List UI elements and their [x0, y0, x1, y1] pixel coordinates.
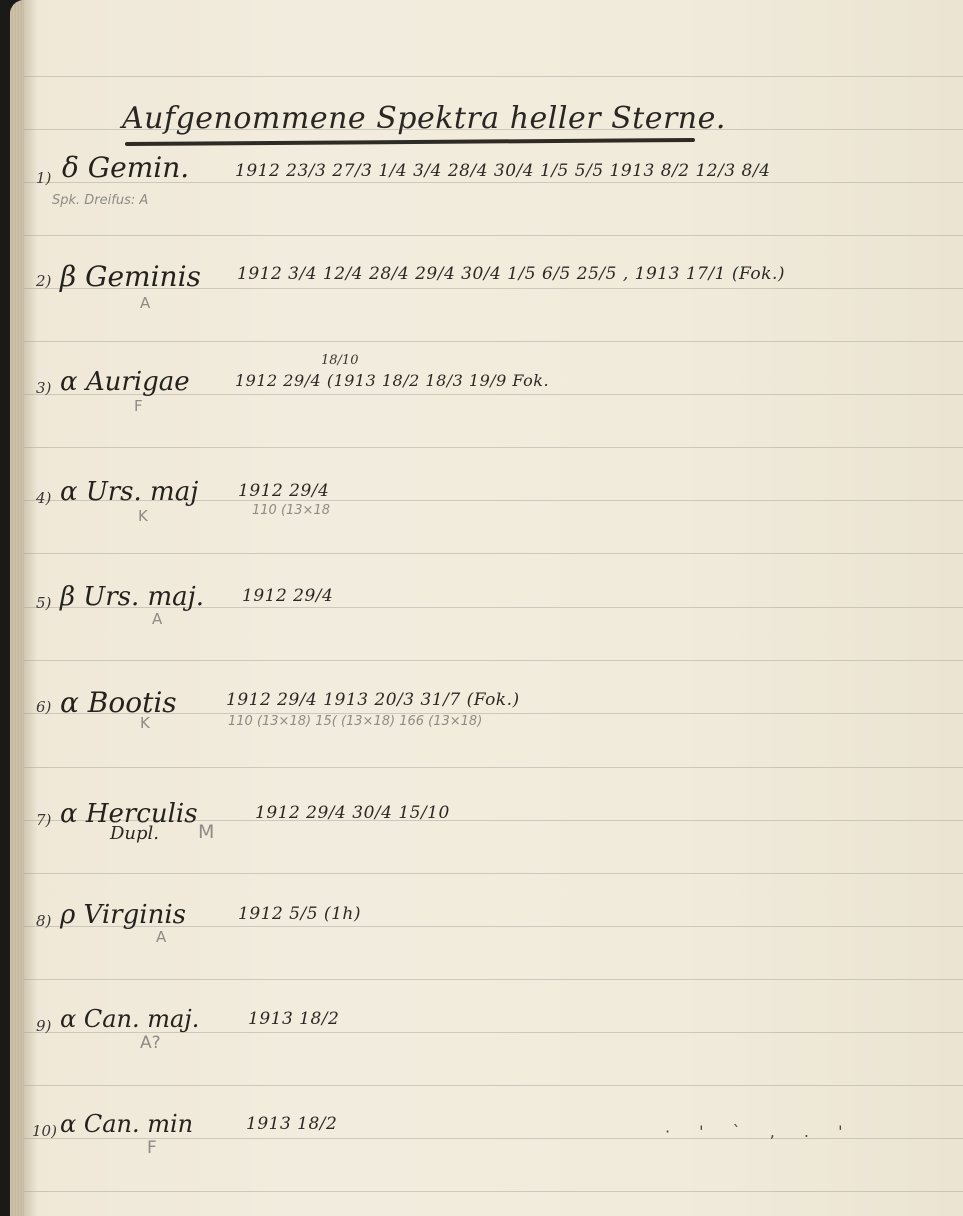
spectral-class-note: F [134, 397, 143, 415]
star-name: α Urs. maj [60, 477, 198, 507]
entry-number: 10) [32, 1122, 57, 1140]
observation-dates: 1913 18/2 [246, 1114, 337, 1134]
star-entry: 6) α Bootis 1912 29/4 1913 20/3 31/7 (Fo… [10, 684, 963, 744]
star-name: β Geminis [60, 260, 201, 293]
star-entry: 4) α Urs. maj 1912 29/4 K 110 (13×18 [10, 475, 963, 535]
title-underline [125, 138, 695, 146]
entry-number: 5) [36, 594, 51, 612]
ruled-line [24, 979, 963, 980]
star-name: α Bootis [60, 686, 177, 719]
entry-number: 7) [36, 811, 51, 829]
entry-number: 8) [36, 912, 51, 930]
observation-dates: 1912 23/3 27/3 1/4 3/4 28/4 30/4 1/5 5/5… [235, 161, 770, 181]
spectral-class-note: A [152, 610, 162, 628]
plate-detail-note: 110 (13×18) 15( (13×18) 166 (13×18) [228, 714, 482, 729]
observation-dates: 1912 29/4 30/4 15/10 [255, 803, 450, 823]
star-entry: 1) δ Gemin. 1912 23/3 27/3 1/4 3/4 28/4 … [10, 155, 963, 215]
entry-number: 4) [36, 489, 51, 507]
observation-dates: 1912 29/4 [242, 586, 333, 606]
star-name: α Aurigae [60, 367, 190, 397]
ruled-line [24, 447, 963, 448]
spectral-class-note: K [138, 507, 148, 525]
entry-number: 3) [36, 379, 51, 397]
observation-dates: 1913 18/2 [248, 1009, 339, 1029]
ink-specks: · ' ` , . ' [665, 1122, 854, 1141]
spectral-class-note: M [198, 821, 214, 843]
star-entry: 2) β Geminis 1912 3/4 12/4 28/4 29/4 30/… [10, 258, 963, 318]
ruled-line [24, 767, 963, 768]
ruled-line [24, 341, 963, 342]
star-name: β Urs. maj. [60, 582, 204, 612]
ruled-line [24, 553, 963, 554]
star-entry: 18/10 3) α Aurigae 1912 29/4 (1913 18/2 … [10, 365, 963, 425]
page-title: Aufgenommene Spektra heller Sterne. [122, 101, 726, 136]
ruled-line [24, 1085, 963, 1086]
star-entry: 8) ρ Virginis 1912 5/5 (1h) A [10, 898, 963, 958]
ruled-line [24, 873, 963, 874]
observation-dates: 1912 5/5 (1h) [238, 904, 361, 924]
star-entry: 9) α Can. maj. 1913 18/2 A? [10, 1003, 963, 1063]
ruled-line [24, 1191, 963, 1192]
star-name: δ Gemin. [62, 151, 189, 184]
plate-detail-note: 110 (13×18 [252, 503, 330, 518]
spectral-class-note: A? [140, 1033, 161, 1053]
entry-number: 9) [36, 1017, 51, 1035]
entry-number: 6) [36, 698, 51, 716]
above-line-note: 18/10 [321, 353, 358, 368]
duplicate-note: Dupl. [110, 823, 159, 844]
spectral-class-note: K [140, 714, 150, 732]
spectral-class-note: A [156, 928, 166, 946]
star-name: α Can. min [60, 1110, 193, 1138]
observation-dates: 1912 29/4 1913 20/3 31/7 (Fok.) [226, 690, 520, 710]
star-name: α Can. maj. [60, 1005, 199, 1033]
spectral-class-note: A [140, 294, 150, 312]
ruled-line [24, 76, 963, 77]
observation-dates: 1912 29/4 [238, 481, 329, 501]
observation-dates: 1912 3/4 12/4 28/4 29/4 30/4 1/5 6/5 25/… [237, 264, 785, 284]
star-entry: 7) α Herculis 1912 29/4 30/4 15/10 Dupl.… [10, 797, 963, 857]
star-name: ρ Virginis [60, 900, 186, 930]
notebook-page: Aufgenommene Spektra heller Sterne. 1) δ… [10, 0, 963, 1216]
entry-number: 1) [36, 169, 51, 187]
entry-number: 2) [36, 272, 51, 290]
spectral-class-note: Spk. Dreifus: A [52, 193, 148, 208]
ruled-line [24, 235, 963, 236]
spectral-class-note: F [147, 1138, 157, 1158]
ruled-line [24, 660, 963, 661]
observation-dates: 1912 29/4 (1913 18/2 18/3 19/9 Fok. [235, 371, 549, 390]
star-entry: 5) β Urs. maj. 1912 29/4 A [10, 580, 963, 640]
